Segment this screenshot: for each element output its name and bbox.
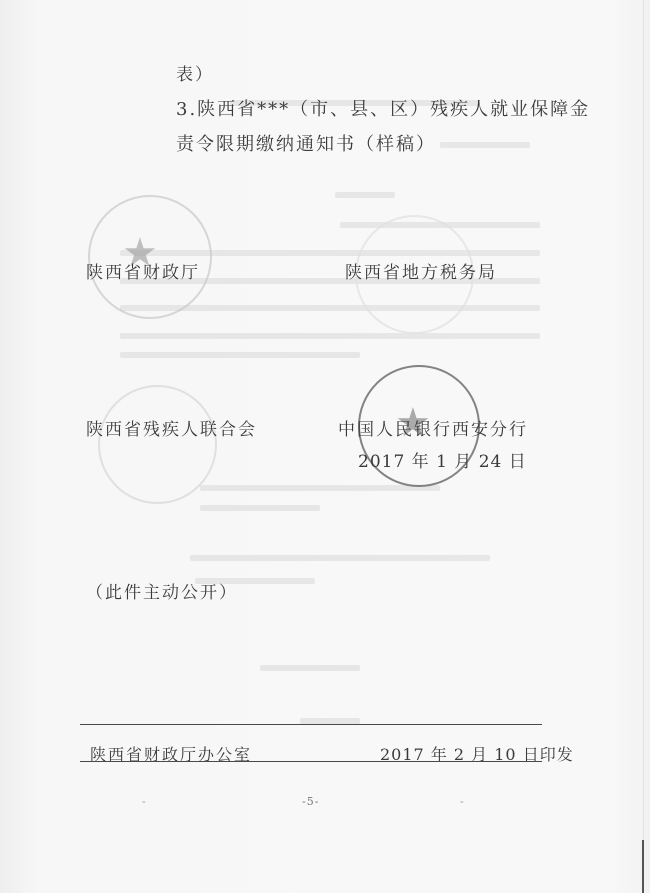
bleed-through-text	[120, 333, 540, 339]
signatory-disabled-federation: 陕西省残疾人联合会	[86, 415, 257, 440]
scanned-page: 表） 3.陕西省***（市、县、区）残疾人就业保障金 责令限期缴纳通知书（样稿）…	[0, 0, 650, 893]
page-edge-shadow	[642, 840, 644, 893]
page-edge	[643, 0, 644, 893]
bleed-through-text	[190, 555, 490, 561]
bleed-through-text	[120, 352, 360, 358]
bleed-through-text	[335, 192, 395, 198]
document-subheading: 责令限期缴纳通知书（样稿）	[176, 130, 436, 156]
bleed-through-text	[260, 665, 360, 671]
disabled-federation-seal	[98, 385, 217, 504]
footer-bottom-rule	[80, 761, 542, 762]
disclosure-note: （此件主动公开）	[86, 578, 238, 603]
bleed-through-text	[200, 505, 320, 511]
page-number: -5-	[302, 795, 319, 808]
signatory-finance: 陕西省财政厅	[86, 258, 200, 283]
page-mark: -	[460, 795, 464, 808]
document-heading: 3.陕西省***（市、县、区）残疾人就业保障金	[176, 95, 590, 121]
bleed-through-text	[440, 142, 530, 148]
continuation-text: 表）	[176, 60, 214, 85]
footer-top-rule	[80, 724, 542, 725]
signatory-pboc: 中国人民银行西安分行	[338, 415, 528, 440]
bleed-through-text	[200, 485, 440, 491]
page-mark: -	[142, 795, 146, 808]
issue-date: 2017 年 1 月 24 日	[358, 447, 527, 472]
signatory-tax: 陕西省地方税务局	[345, 258, 497, 283]
